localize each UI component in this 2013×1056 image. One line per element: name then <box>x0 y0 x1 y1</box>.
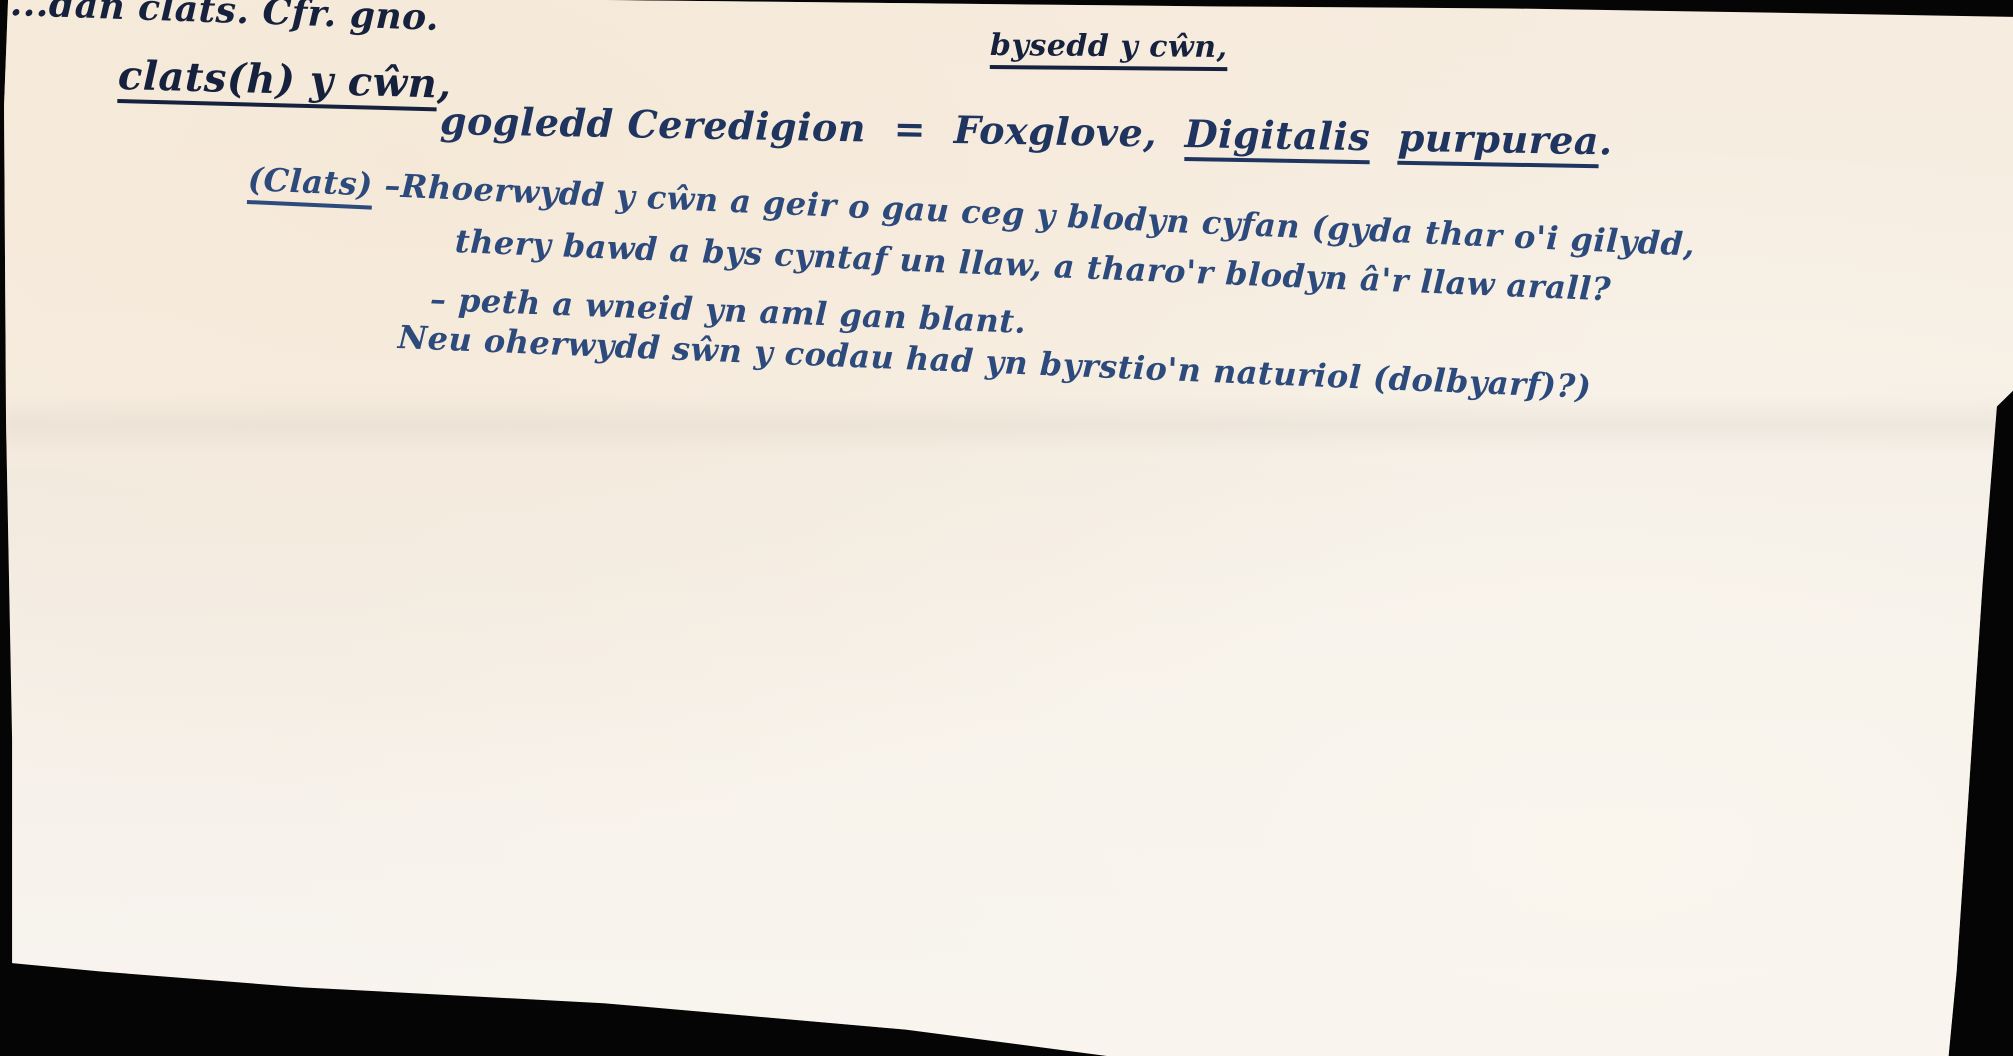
latin-genus: Digitalis <box>1184 111 1370 159</box>
latin-period: . <box>1599 118 1614 163</box>
alternate-name: bysedd y cŵn, <box>990 28 1228 65</box>
english-name: Foxglove, <box>953 107 1157 156</box>
region-label: gogledd Ceredigion <box>440 98 867 150</box>
alternate-name-note: bysedd y cŵn, <box>990 28 1228 65</box>
headword: clats(h) y cŵn <box>117 52 437 107</box>
scanned-slip: ...dan clats. Cfr. gno. clats(h) y cŵn, … <box>0 0 2013 1056</box>
headword-block: clats(h) y cŵn, <box>117 52 452 108</box>
latin-species: purpurea <box>1397 115 1599 164</box>
paper-slip <box>0 0 2013 1056</box>
equals-sign: = <box>893 106 926 152</box>
usage-bracket-label: (Clats) <box>247 160 374 204</box>
